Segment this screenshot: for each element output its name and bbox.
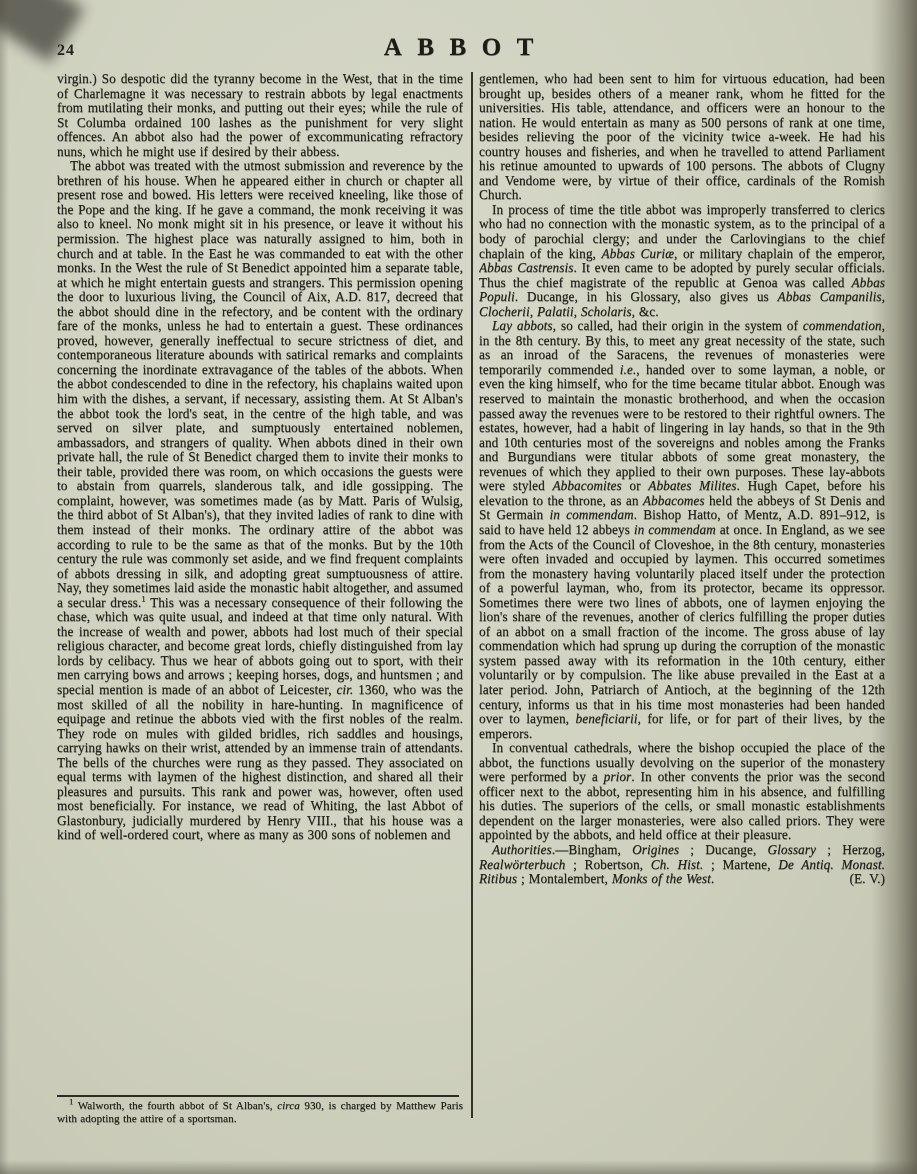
two-column-text-area: virgin.) So despotic did the tyranny bec… xyxy=(57,72,885,1126)
italic-text: Abbas Castrensis xyxy=(479,260,573,275)
left-column: virgin.) So despotic did the tyranny bec… xyxy=(57,72,463,1126)
italic-text: cir. xyxy=(336,682,353,697)
italic-text: Abbates Milites xyxy=(648,478,736,493)
italic-text: prior xyxy=(604,769,632,784)
paragraph: Lay abbots, so called, had their origin … xyxy=(479,319,885,741)
body-text: , so called, had their origin in the sys… xyxy=(553,318,803,333)
body-text: at once. In England, as we see from the … xyxy=(479,522,885,726)
italic-text: in commendam xyxy=(634,522,716,537)
scan-bottom-edge-shadow xyxy=(0,1160,917,1174)
left-column-paragraphs: virgin.) So despotic did the tyranny bec… xyxy=(57,72,463,1091)
body-text: ; Ducange, xyxy=(679,842,767,857)
body-text: ; Montalembert, xyxy=(517,871,612,886)
paragraph: Authorities.—Bingham, Origines ; Ducange… xyxy=(479,843,885,887)
body-text: , handed over to some layman, a noble, o… xyxy=(479,362,885,493)
paragraph: virgin.) So despotic did the tyranny bec… xyxy=(57,72,463,159)
footnote-block: 1 Walworth, the fourth abbot of St Alban… xyxy=(57,1091,463,1126)
italic-text: Realwörterbuch xyxy=(479,857,565,872)
italic-text: commendation xyxy=(803,318,882,333)
body-text: virgin.) So despotic did the tyranny bec… xyxy=(57,72,463,159)
body-text: 1360, who was the most skilled of all th… xyxy=(57,682,463,842)
italic-text: Abbacomites xyxy=(553,478,622,493)
body-text: or xyxy=(622,478,649,493)
page-header: 24 ABBOT xyxy=(0,34,917,68)
footnote-text: 1 Walworth, the fourth abbot of St Alban… xyxy=(57,1100,463,1126)
italic-text: Glossary xyxy=(768,842,816,857)
body-text: .—Bingham, xyxy=(552,842,632,857)
body-text: ; Robertson, xyxy=(565,857,650,872)
italic-text: Abbas Curiæ xyxy=(602,246,675,261)
scan-left-edge-shadow xyxy=(0,0,9,1174)
right-column-paragraphs: gentlemen, who had been sent to him for … xyxy=(479,72,885,887)
paragraph: In conventual cathedrals, where the bish… xyxy=(479,741,885,843)
body-text: , or military chaplain of the emperor, xyxy=(674,246,885,261)
running-head-title: ABBOT xyxy=(0,34,917,62)
footnote-separator-rule xyxy=(57,1095,459,1097)
paragraph: The abbot was treated with the utmost su… xyxy=(57,159,463,843)
body-text: . Ducange, in his Glossary, also gives u… xyxy=(515,289,778,304)
italic-text: Abbacomes xyxy=(643,493,705,508)
italic-text: in commendam xyxy=(549,507,633,522)
author-signature: (E. V.) xyxy=(836,872,885,887)
paragraph: In process of time the title abbot was i… xyxy=(479,203,885,319)
body-text: ; Martene, xyxy=(703,857,778,872)
scanned-encyclopedia-page: 24 ABBOT virgin.) So despotic did the ty… xyxy=(0,0,917,1174)
italic-text: Origines xyxy=(632,842,679,857)
column-divider-rule xyxy=(471,72,473,1118)
italic-text: i.e. xyxy=(620,362,637,377)
body-text: ; Herzog, xyxy=(816,842,885,857)
italic-text: circa xyxy=(277,1100,300,1112)
page-number: 24 xyxy=(57,42,75,60)
body-text: Walworth, the fourth abbot of St Alban's… xyxy=(73,1100,277,1112)
italic-text: Authorities xyxy=(492,842,552,857)
italic-text: Monks of the West xyxy=(612,871,711,886)
body-text: The abbot was treated with the utmost su… xyxy=(57,158,463,609)
body-text: gentlemen, who had been sent to him for … xyxy=(479,72,885,202)
italic-text: Lay abbots xyxy=(492,318,553,333)
right-column: gentlemen, who had been sent to him for … xyxy=(479,72,885,1126)
body-text: , &c. xyxy=(632,304,659,319)
italic-text: Ch. Hist. xyxy=(651,857,703,872)
paragraph: gentlemen, who had been sent to him for … xyxy=(479,72,885,203)
body-text: . xyxy=(711,871,714,886)
italic-text: beneficiarii xyxy=(576,711,638,726)
